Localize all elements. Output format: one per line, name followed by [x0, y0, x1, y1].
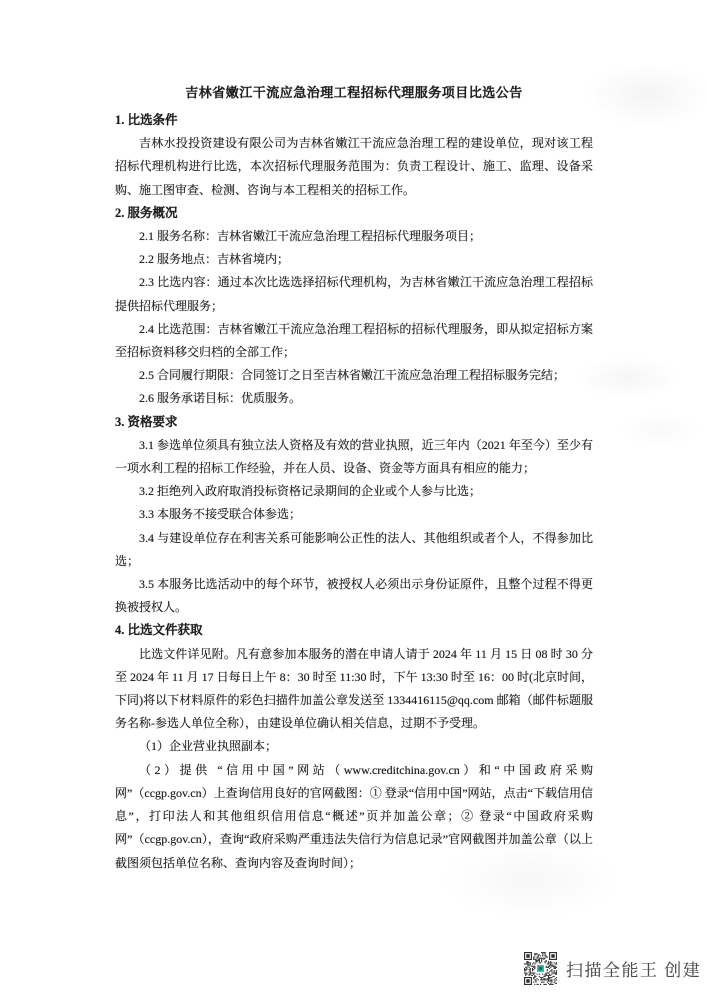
paragraph: （1）企业营业执照副本；: [115, 735, 593, 758]
paragraph: 3.5 本服务比选活动中的每个环节，被授权人必须出示身份证原件，且整个过程不得更…: [115, 573, 593, 619]
paragraph: 2.2 服务地点：吉林省境内；: [115, 248, 593, 271]
paragraph: 比选文件详见附。凡有意参加本服务的潜在申请人请于 2024 年 11 月 15 …: [115, 643, 593, 736]
section-heading-3: 3. 资格要求: [115, 411, 593, 434]
camscanner-watermark: 扫描全能王 创建: [524, 951, 701, 986]
paragraph: 吉林水投投资建设有限公司为吉林省嫩江干流应急治理工程的建设单位，现对该工程招标代…: [115, 132, 593, 202]
section-heading-4: 4. 比选文件获取: [115, 619, 593, 642]
paragraph: 2.5 合同履行期限：合同签订之日至吉林省嫩江干流应急治理工程招标服务完结；: [115, 364, 593, 387]
section-heading-2: 2. 服务概况: [115, 202, 593, 225]
qr-code-icon: [524, 951, 557, 986]
section-heading-1: 1. 比选条件: [115, 109, 593, 132]
paragraph: （2）提供 “信用中国”网站（www.creditchina.gov.cn）和“…: [115, 759, 593, 875]
scanned-document-page: 吉林省嫩江干流应急治理工程招标代理服务项目比选公告 1. 比选条件吉林水投投资建…: [0, 0, 707, 1000]
paragraph: 3.4 与建设单位存在利害关系可能影响公正性的法人、其他组织或者个人，不得参加比…: [115, 527, 593, 573]
paragraph: 2.6 服务承诺目标：优质服务。: [115, 387, 593, 410]
document-title: 吉林省嫩江干流应急治理工程招标代理服务项目比选公告: [115, 83, 593, 103]
paragraph: 3.1 参选单位须具有独立法人资格及有效的营业执照，近三年内（2021 年至今）…: [115, 434, 593, 480]
paragraph: 2.1 服务名称：吉林省嫩江干流应急治理工程招标代理服务项目；: [115, 225, 593, 248]
watermark-text: 扫描全能王 创建: [566, 956, 701, 981]
paragraph: 3.2 拒绝列入政府取消投标资格记录期间的企业或个人参与比选；: [115, 480, 593, 503]
paragraph: 2.4 比选范围：吉林省嫩江干流应急治理工程招标的招标代理服务，即从拟定招标方案…: [115, 318, 593, 364]
document-body: 1. 比选条件吉林水投投资建设有限公司为吉林省嫩江干流应急治理工程的建设单位，现…: [115, 109, 593, 875]
paragraph: 2.3 比选内容：通过本次比选选择招标代理机构，为吉林省嫩江干流应急治理工程招标…: [115, 271, 593, 317]
document-content: 吉林省嫩江干流应急治理工程招标代理服务项目比选公告 1. 比选条件吉林水投投资建…: [115, 83, 593, 875]
paragraph: 3.3 本服务不接受联合体参选；: [115, 503, 593, 526]
